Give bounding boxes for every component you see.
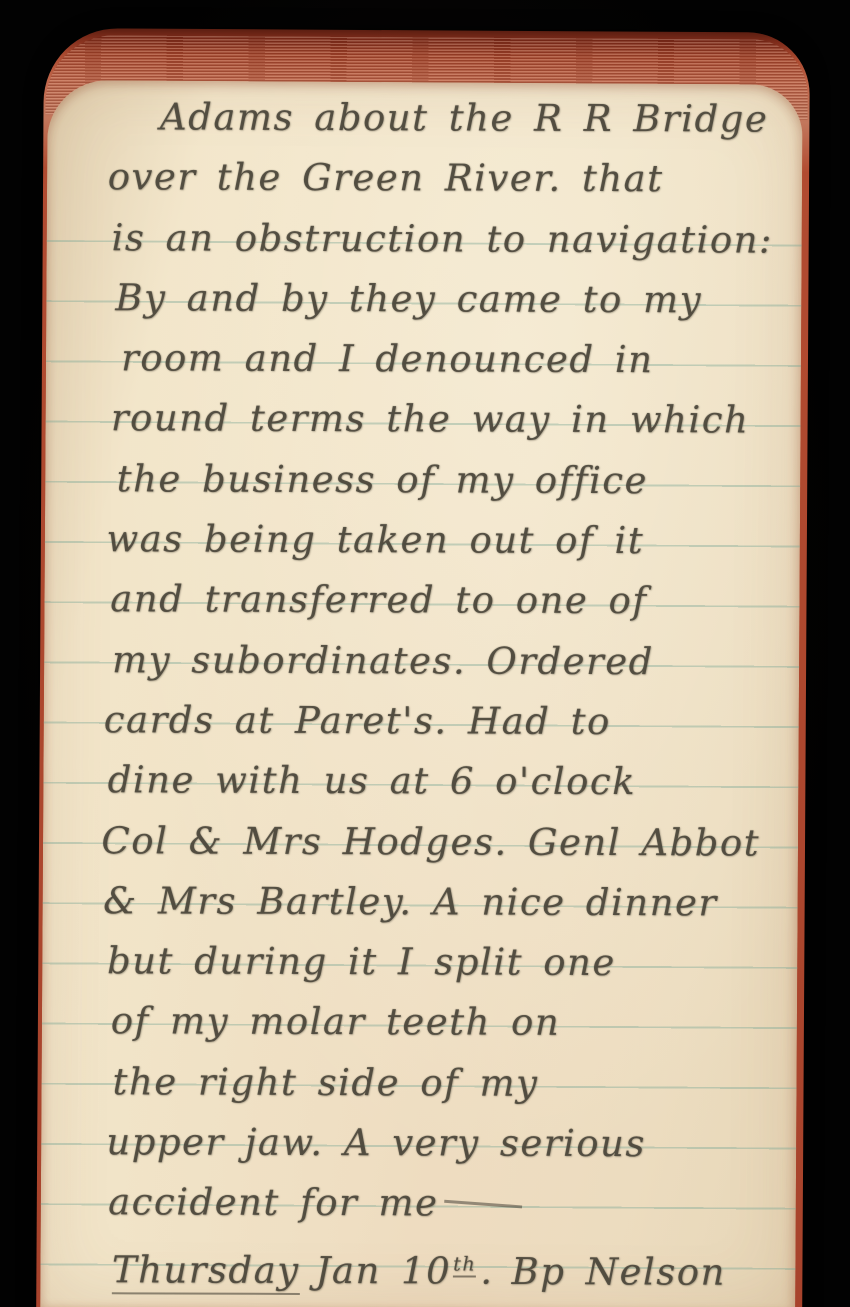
handwriting-entry: Adams about the R R Bridge over the Gree… bbox=[98, 87, 781, 1295]
footer-visitor-name: Bp Nelson bbox=[511, 1250, 725, 1294]
footer-separator: . bbox=[480, 1250, 493, 1293]
weekday-underlined: Thursday bbox=[112, 1248, 300, 1295]
handwriting-line: & Mrs Bartley. A nice dinner bbox=[99, 871, 778, 934]
handwriting-line: was being taken out of it bbox=[100, 509, 779, 572]
handwriting-line: dine with us at 6 o'clock bbox=[100, 751, 779, 814]
handwriting-line: accident for me bbox=[98, 1173, 777, 1236]
photo-background: Adams about the R R Bridge over the Gree… bbox=[0, 0, 850, 1307]
notebook-page: Adams about the R R Bridge over the Gree… bbox=[36, 28, 810, 1307]
handwriting-line: By and by they came to my bbox=[101, 268, 780, 331]
ruled-paper-sheet: Adams about the R R Bridge over the Gree… bbox=[40, 80, 802, 1307]
handwriting-line: round terms the way in which bbox=[101, 389, 780, 452]
handwriting-line: is an obstruction to navigation: bbox=[101, 208, 780, 271]
handwriting-line: the business of my office bbox=[101, 449, 780, 512]
handwriting-line: cards at Paret's. Had to bbox=[100, 690, 779, 753]
handwriting-line: the right side of my bbox=[98, 1052, 777, 1115]
footer-date: Jan 10 bbox=[316, 1249, 452, 1292]
handwriting-line: over the Green River. that bbox=[102, 148, 781, 211]
handwriting-text: accident for me bbox=[108, 1181, 438, 1225]
pencil-flourish bbox=[444, 1200, 522, 1209]
entry-date-line: ThursdayJan 10th.Bp Nelson bbox=[98, 1233, 777, 1296]
handwriting-line: Adams about the R R Bridge bbox=[102, 87, 781, 150]
handwriting-line: but during it I split one bbox=[99, 931, 778, 994]
handwriting-line: upper jaw. A very serious bbox=[98, 1112, 777, 1175]
handwriting-line: and transferred to one of bbox=[100, 570, 779, 633]
handwriting-line: Col & Mrs Hodges. Genl Abbot bbox=[99, 811, 778, 874]
handwriting-line: of my molar teeth on bbox=[99, 992, 778, 1055]
handwriting-line: room and I denounced in bbox=[101, 328, 780, 391]
date-ordinal: th bbox=[453, 1252, 476, 1277]
handwriting-line: my subordinates. Ordered bbox=[100, 630, 779, 693]
